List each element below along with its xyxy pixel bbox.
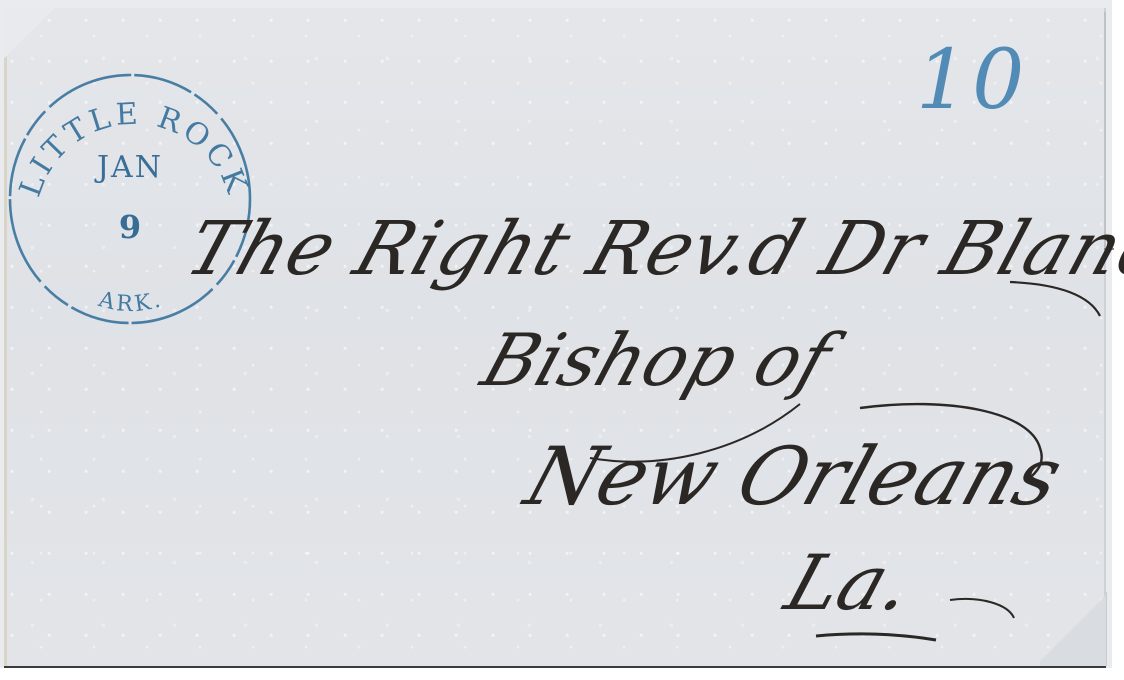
corner-fold-bottom-right	[1040, 592, 1107, 666]
rate-marking: 10	[916, 40, 1028, 122]
address-line-addressee: The Right Rev.d Dr Blanc	[176, 206, 1124, 292]
svg-text:ARK.: ARK.	[95, 287, 166, 317]
postmark-state: ARK.	[95, 287, 166, 317]
svg-text:LITTLE ROCK: LITTLE ROCK	[13, 97, 255, 202]
corner-fold-top-left	[4, 8, 54, 58]
scan-canvas: LITTLE ROCK ARK. JAN 9 10 The Right Rev.…	[0, 0, 1124, 680]
postmark-month: JAN	[6, 150, 254, 185]
postmark-town: LITTLE ROCK	[13, 97, 255, 202]
address-line-title: Bishop of	[472, 318, 841, 402]
address-line-city: New Orleans	[515, 430, 1073, 523]
